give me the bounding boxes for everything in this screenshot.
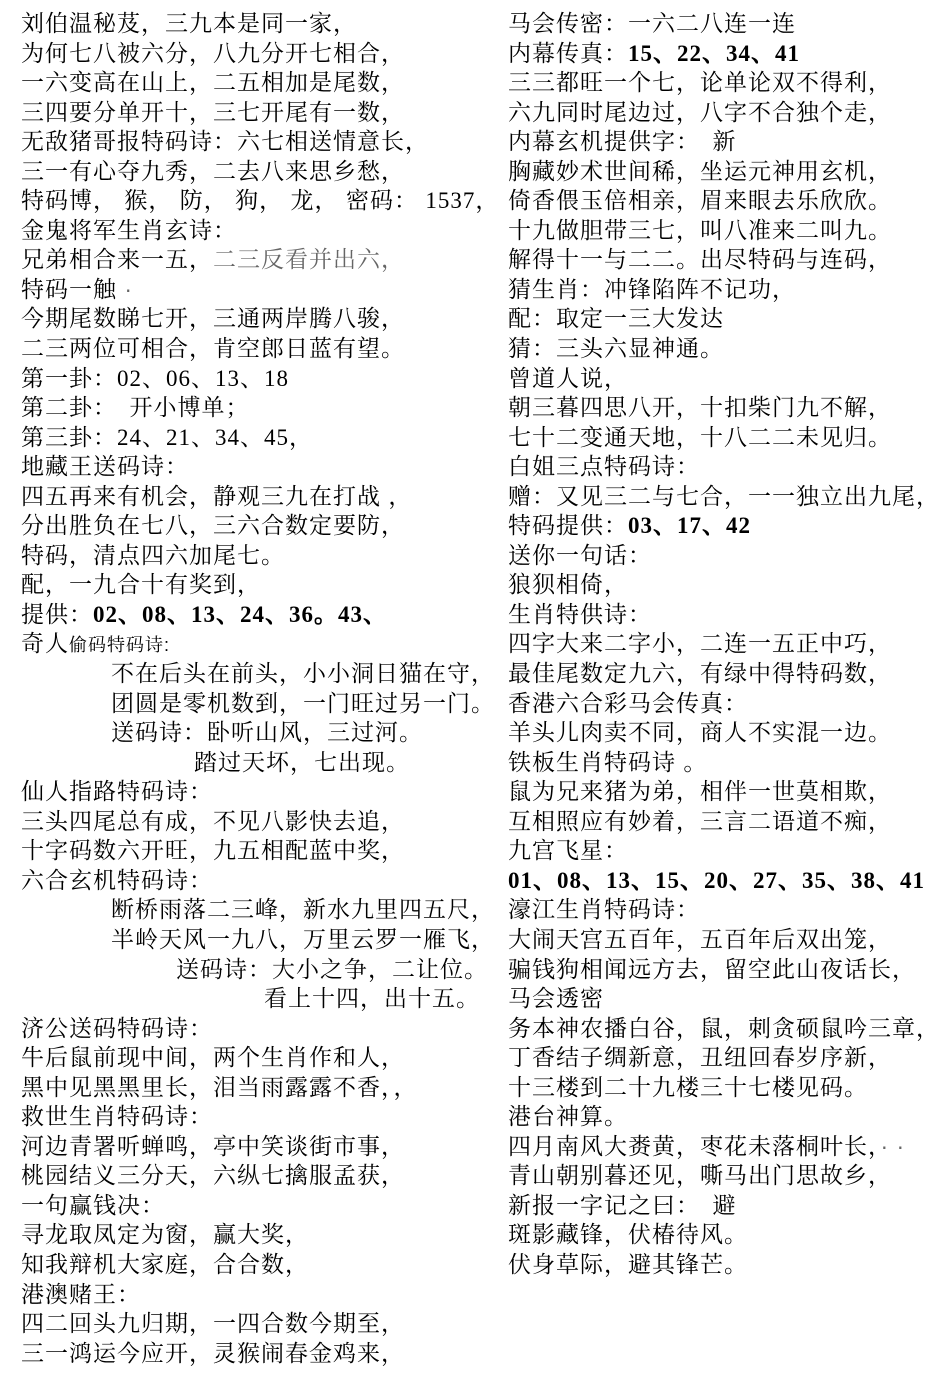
text-line: 不在后头在前头，小小洞日猫在守， (21, 659, 497, 689)
text-line: 刘伯温秘芨，三九本是同一家， (21, 9, 497, 39)
text-line: 大闹天宫五百年，五百年后双出笼， (508, 925, 934, 955)
text-segment: 三三都旺一个七，论单论双不得利， (508, 69, 892, 95)
text-line: 曾道人说， (508, 364, 934, 394)
text-line: 鼠为兄来猪为弟，相伴一世莫相欺， (508, 777, 934, 807)
text-segment: 02、08、13、24、36。43、 (93, 602, 387, 627)
text-segment: 特码提供： (508, 512, 628, 538)
text-segment: 新报一字记之曰： 避 (508, 1192, 737, 1218)
text-line: 救世生肖特码诗： (21, 1102, 497, 1132)
text-line: 朝三暮四思八开，十扣柴门九不解， (508, 393, 934, 423)
text-line: 半岭天风一九八，万里云罗一雁飞， (21, 925, 497, 955)
text-segment: 牛后鼠前现中间，两个生肖作和人， (21, 1044, 405, 1070)
text-segment: 马会传密：一六二八连一连 (508, 10, 796, 36)
text-segment: 偷码特码诗: (69, 635, 170, 655)
document-page: 刘伯温秘芨，三九本是同一家，为何七八被六分，八九分开七相合，一六变高在山上，二五… (0, 0, 935, 1388)
text-segment: 丁香结子绸新意，丑纽回春岁序新， (508, 1044, 892, 1070)
text-segment: 三一有心夺九秀，二去八来思乡愁， (21, 158, 405, 184)
text-line: 九宫飞星： (508, 836, 934, 866)
text-segment: · · (881, 1133, 906, 1159)
text-line: 丁香结子绸新意，丑纽回春岁序新， (508, 1043, 934, 1073)
text-line: 送码诗：卧听山风，三过河。 (21, 718, 497, 748)
text-segment: 仙人指路特码诗： (21, 778, 213, 804)
text-line: 香港六合彩马会传真： (508, 689, 934, 719)
text-line: 白姐三点特码诗： (508, 452, 934, 482)
text-segment: 特码一触 (21, 276, 117, 302)
text-segment: 香港六合彩马会传真： (508, 690, 748, 716)
text-line: 桃园结义三分天，六纵七擒服孟获， (21, 1161, 497, 1191)
text-line: 七十二变通天地，十八二二未见归。 (508, 423, 934, 453)
text-line: 提供：02、08、13、24、36。43、 (21, 600, 497, 630)
text-segment: 十九做胆带三七，叫八准来二叫九。 (508, 217, 892, 243)
text-segment: 地藏王送码诗： (21, 453, 189, 479)
text-line: 特码博， 猴， 防， 狗， 龙， 密码： 1537， (21, 186, 497, 216)
text-segment: 朝三暮四思八开，十扣柴门九不解， (508, 394, 892, 420)
text-line: 金鬼将军生肖玄诗： (21, 216, 497, 246)
text-line: 铁板生肖特码诗 。 (508, 748, 934, 778)
text-segment: 03、17、42 (628, 513, 751, 538)
text-segment: 分出胜负在七八，三六合数定要防， (21, 512, 405, 538)
text-line: 寻龙取凤定为窗，赢大奖， (21, 1220, 497, 1250)
text-line: 解得十一与二二。出尽特码与连码， (508, 245, 934, 275)
text-segment: 二三反看并出六， (213, 246, 405, 272)
text-segment: 铁板生肖特码诗 。 (508, 749, 707, 775)
text-segment: 无敌猪哥报特码诗：六七相送情意长， (21, 128, 429, 154)
text-line: 团圆是零机数到，一门旺过另一门。 (21, 689, 497, 719)
text-line: 特码提供：03、17、42 (508, 511, 934, 541)
text-line: 一六变高在山上，二五相加是尾数， (21, 68, 497, 98)
text-segment: ， (475, 187, 499, 213)
text-line: 二三两位可相合，肯空郎日蓝有望。 (21, 334, 497, 364)
text-segment: 倚香偎玉倍相亲，眉来眼去乐欣欣。 (508, 187, 892, 213)
text-line: 青山朝别暮还见，嘶马出门思故乡， (508, 1161, 934, 1191)
text-segment: 务本神农播白谷，鼠，刺贪硕鼠吟三章， (508, 1015, 935, 1041)
text-line: 胸藏妙术世间稀，坐运元神用玄机， (508, 157, 934, 187)
text-line: 今期尾数睇七开，三通两岸腾八骏， (21, 304, 497, 334)
text-segment: 三一鸿运今应开，灵猴闹春金鸡来， (21, 1340, 405, 1366)
text-segment: ， (289, 424, 313, 450)
text-line: 第一卦：02、06、13、18 (21, 364, 497, 394)
text-line: 送码诗：大小之争，二让位。 (21, 955, 497, 985)
text-segment: 大闹天宫五百年，五百年后双出笼， (508, 926, 892, 952)
text-segment: 01、08、13、15、20、27、35、38、41 (508, 868, 925, 893)
text-segment: 河边青署听蝉鸣，亭中笑谈街市事， (21, 1133, 405, 1159)
text-segment: 团圆是零机数到，一门旺过另一门。 (111, 690, 495, 716)
text-segment: 内幕玄机提供字： 新 (508, 128, 737, 154)
text-segment: 濠江生肖特码诗： (508, 896, 700, 922)
text-segment: 配，一九合十有奖到， (21, 571, 261, 597)
text-line: 新报一字记之曰： 避 (508, 1191, 934, 1221)
text-line: 骗钱狗相闻远方去，留空此山夜话长， (508, 955, 934, 985)
text-line: 济公送码特码诗： (21, 1014, 497, 1044)
text-line: 六九同时尾边过，八字不合独个走， (508, 98, 934, 128)
text-line: 马会透密 (508, 984, 934, 1014)
text-line: 最佳尾数定九六，有绿中得特码数， (508, 659, 934, 689)
text-line: 一句赢钱决： (21, 1191, 497, 1221)
text-line: 港澳赌王： (21, 1280, 497, 1310)
text-line: 倚香偎玉倍相亲，眉来眼去乐欣欣。 (508, 186, 934, 216)
text-line: 第二卦： 开小博单； (21, 393, 497, 423)
text-line: 三三都旺一个七，论单论双不得利， (508, 68, 934, 98)
text-segment: 青山朝别暮还见，嘶马出门思故乡， (508, 1162, 892, 1188)
text-segment: 四字大来二字小，二连一五正中巧， (508, 630, 892, 656)
left-column: 刘伯温秘芨，三九本是同一家，为何七八被六分，八九分开七相合，一六变高在山上，二五… (21, 9, 497, 1368)
text-segment: 第三卦： (21, 424, 117, 450)
text-line: 四月南风大赉黄，枣花未落桐叶长，· · (508, 1132, 934, 1162)
text-segment: 十字码数六开旺，九五相配蓝中奖， (21, 837, 405, 863)
text-segment: 白姐三点特码诗： (508, 453, 700, 479)
text-segment: 救世生肖特码诗： (21, 1103, 213, 1129)
text-segment: 送码诗：大小之争，二让位。 (176, 956, 488, 982)
text-line: 踏过天坏，七出现。 (21, 748, 497, 778)
text-line: 送你一句话： (508, 541, 934, 571)
text-segment: 港澳赌王： (21, 1281, 141, 1307)
text-segment: 四二回头九归期，一四合数今期至， (21, 1310, 405, 1336)
text-line: 为何七八被六分，八九分开七相合， (21, 39, 497, 69)
text-segment: 十三楼到二十九楼三十七楼见码。 (508, 1074, 868, 1100)
text-segment: 1537 (425, 188, 475, 213)
text-segment: 二三两位可相合，肯空郎日蓝有望。 (21, 335, 405, 361)
text-line: 濠江生肖特码诗： (508, 895, 934, 925)
text-line: 分出胜负在七八，三六合数定要防， (21, 511, 497, 541)
text-segment: 胸藏妙术世间稀，坐运元神用玄机， (508, 158, 892, 184)
text-segment: 内幕传真： (508, 40, 628, 66)
text-segment: 配：取定一三大发达 (508, 305, 724, 331)
text-segment: 半岭天风一九八，万里云罗一雁飞， (111, 926, 495, 952)
text-segment: 兄弟相合来一五， (21, 246, 213, 272)
text-line: 断桥雨落二三峰，新水九里四五尺， (21, 895, 497, 925)
text-line: 奇人偷码特码诗: (21, 629, 497, 659)
text-line: 三四要分单开十，三七开尾有一数， (21, 98, 497, 128)
text-segment: 互相照应有妙着，三言二语道不痴， (508, 808, 892, 834)
text-segment: 02、06、13、18 (117, 366, 289, 391)
text-segment: 提供： (21, 601, 93, 627)
text-segment: 济公送码特码诗： (21, 1015, 213, 1041)
text-line: 黑中见黑黑里长，泪当雨露露不香，， (21, 1073, 497, 1103)
text-segment: 马会透密 (508, 985, 604, 1011)
text-segment: 鼠为兄来猪为弟，相伴一世莫相欺， (508, 778, 892, 804)
text-segment: 伏身草际，避其锋芒。 (508, 1251, 748, 1277)
text-line: 港台神算。 (508, 1102, 934, 1132)
text-segment: 四五再来有机会，静观三九在打战 ， (21, 483, 412, 509)
text-segment: 最佳尾数定九六，有绿中得特码数， (508, 660, 892, 686)
right-column: 马会传密：一六二八连一连内幕传真：15、22、34、41三三都旺一个七，论单论双… (508, 9, 934, 1280)
text-line: 三一鸿运今应开，灵猴闹春金鸡来， (21, 1339, 497, 1369)
text-segment: 黑中见黑黑里长，泪当雨露露不香，， (21, 1074, 418, 1100)
text-segment: · (117, 276, 133, 302)
text-segment: 猜生肖：冲锋陷阵不记功， (508, 276, 796, 302)
text-segment: 一句赢钱决： (21, 1192, 165, 1218)
text-segment: 九宫飞星： (508, 837, 628, 863)
text-line: 马会传密：一六二八连一连 (508, 9, 934, 39)
text-line: 互相照应有妙着，三言二语道不痴， (508, 807, 934, 837)
text-line: 配：取定一三大发达 (508, 304, 934, 334)
text-line: 特码，清点四六加尾七。 (21, 541, 497, 571)
text-segment: 赠：又见三二与七合，一一独立出九尾， (508, 483, 935, 509)
text-segment: 送你一句话： (508, 542, 652, 568)
text-segment: 不在后头在前头，小小洞日猫在守， (111, 660, 495, 686)
text-segment: 知我辩机大家庭，合合数， (21, 1251, 309, 1277)
text-segment: 羊头儿肉卖不同，商人不实混一边。 (508, 719, 892, 745)
text-segment: 奇人 (21, 630, 69, 656)
text-segment: 解得十一与二二。出尽特码与连码， (508, 246, 892, 272)
text-segment: 15、22、34、41 (628, 41, 800, 66)
text-line: 羊头儿肉卖不同，商人不实混一边。 (508, 718, 934, 748)
text-line: 狼狈相倚， (508, 570, 934, 600)
text-segment: 六合玄机特码诗： (21, 867, 213, 893)
text-segment: 桃园结义三分天，六纵七擒服孟获， (21, 1162, 405, 1188)
text-segment: 曾道人说， (508, 365, 628, 391)
text-line: 特码一触 · (21, 275, 497, 305)
text-segment: 24、21、34、45 (117, 425, 289, 450)
text-segment: 第二卦： 开小博单； (21, 394, 250, 420)
text-segment: 断桥雨落二三峰，新水九里四五尺， (111, 896, 495, 922)
text-line: 猜生肖：冲锋陷阵不记功， (508, 275, 934, 305)
text-line: 斑影藏锋，伏椿待风。 (508, 1220, 934, 1250)
text-line: 知我辩机大家庭，合合数， (21, 1250, 497, 1280)
text-segment: 狼狈相倚， (508, 571, 628, 597)
text-line: 内幕玄机提供字： 新 (508, 127, 934, 157)
text-line: 猜：三头六显神通。 (508, 334, 934, 364)
text-line: 内幕传真：15、22、34、41 (508, 39, 934, 69)
text-line: 01、08、13、15、20、27、35、38、41 (508, 866, 934, 896)
text-segment: 一六变高在山上，二五相加是尾数， (21, 69, 405, 95)
text-line: 看上十四，出十五。 (21, 984, 497, 1014)
text-segment: 三头四尾总有成，不见八影快去追， (21, 808, 405, 834)
text-line: 仙人指路特码诗： (21, 777, 497, 807)
text-line: 四字大来二字小，二连一五正中巧， (508, 629, 934, 659)
text-segment: 港台神算。 (508, 1103, 628, 1129)
text-segment: 金鬼将军生肖玄诗： (21, 217, 237, 243)
text-segment: 斑影藏锋，伏椿待风。 (508, 1221, 748, 1247)
text-line: 兄弟相合来一五，二三反看并出六， (21, 245, 497, 275)
text-segment: 七十二变通天地，十八二二未见归。 (508, 424, 892, 450)
text-line: 第三卦：24、21、34、45， (21, 423, 497, 453)
text-segment: 刘伯温秘芨，三九本是同一家， (21, 10, 357, 36)
text-segment: 生肖特供诗： (508, 601, 652, 627)
text-line: 十九做胆带三七，叫八准来二叫九。 (508, 216, 934, 246)
text-segment: 三四要分单开十，三七开尾有一数， (21, 99, 405, 125)
text-line: 赠：又见三二与七合，一一独立出九尾， (508, 482, 934, 512)
text-line: 三头四尾总有成，不见八影快去追， (21, 807, 497, 837)
text-line: 生肖特供诗： (508, 600, 934, 630)
text-line: 伏身草际，避其锋芒。 (508, 1250, 934, 1280)
text-segment: 猜：三头六显神通。 (508, 335, 724, 361)
text-line: 地藏王送码诗： (21, 452, 497, 482)
text-line: 河边青署听蝉鸣，亭中笑谈街市事， (21, 1132, 497, 1162)
text-line: 十三楼到二十九楼三十七楼见码。 (508, 1073, 934, 1103)
text-segment: 踏过天坏，七出现。 (194, 749, 410, 775)
text-line: 四二回头九归期，一四合数今期至， (21, 1309, 497, 1339)
text-segment: 为何七八被六分，八九分开七相合， (21, 40, 405, 66)
text-line: 无敌猪哥报特码诗：六七相送情意长， (21, 127, 497, 157)
text-line: 务本神农播白谷，鼠，刺贪硕鼠吟三章， (508, 1014, 934, 1044)
text-segment: 看上十四，出十五。 (264, 985, 480, 1011)
text-line: 三一有心夺九秀，二去八来思乡愁， (21, 157, 497, 187)
text-line: 六合玄机特码诗： (21, 866, 497, 896)
text-segment: 骗钱狗相闻远方去，留空此山夜话长， (508, 956, 916, 982)
text-segment: 特码，清点四六加尾七。 (21, 542, 285, 568)
text-segment: 今期尾数睇七开，三通两岸腾八骏， (21, 305, 405, 331)
text-segment: 六九同时尾边过，八字不合独个走， (508, 99, 892, 125)
text-segment: 第一卦： (21, 365, 117, 391)
text-line: 配，一九合十有奖到， (21, 570, 497, 600)
text-segment: 特码博， 猴， 防， 狗， 龙， 密码： (21, 187, 425, 213)
text-line: 十字码数六开旺，九五相配蓝中奖， (21, 836, 497, 866)
text-segment: 送码诗：卧听山风，三过河。 (111, 719, 423, 745)
text-line: 牛后鼠前现中间，两个生肖作和人， (21, 1043, 497, 1073)
text-line: 四五再来有机会，静观三九在打战 ， (21, 482, 497, 512)
text-segment: 寻龙取凤定为窗，赢大奖， (21, 1221, 309, 1247)
text-segment: 四月南风大赉黄，枣花未落桐叶长， (508, 1133, 881, 1159)
